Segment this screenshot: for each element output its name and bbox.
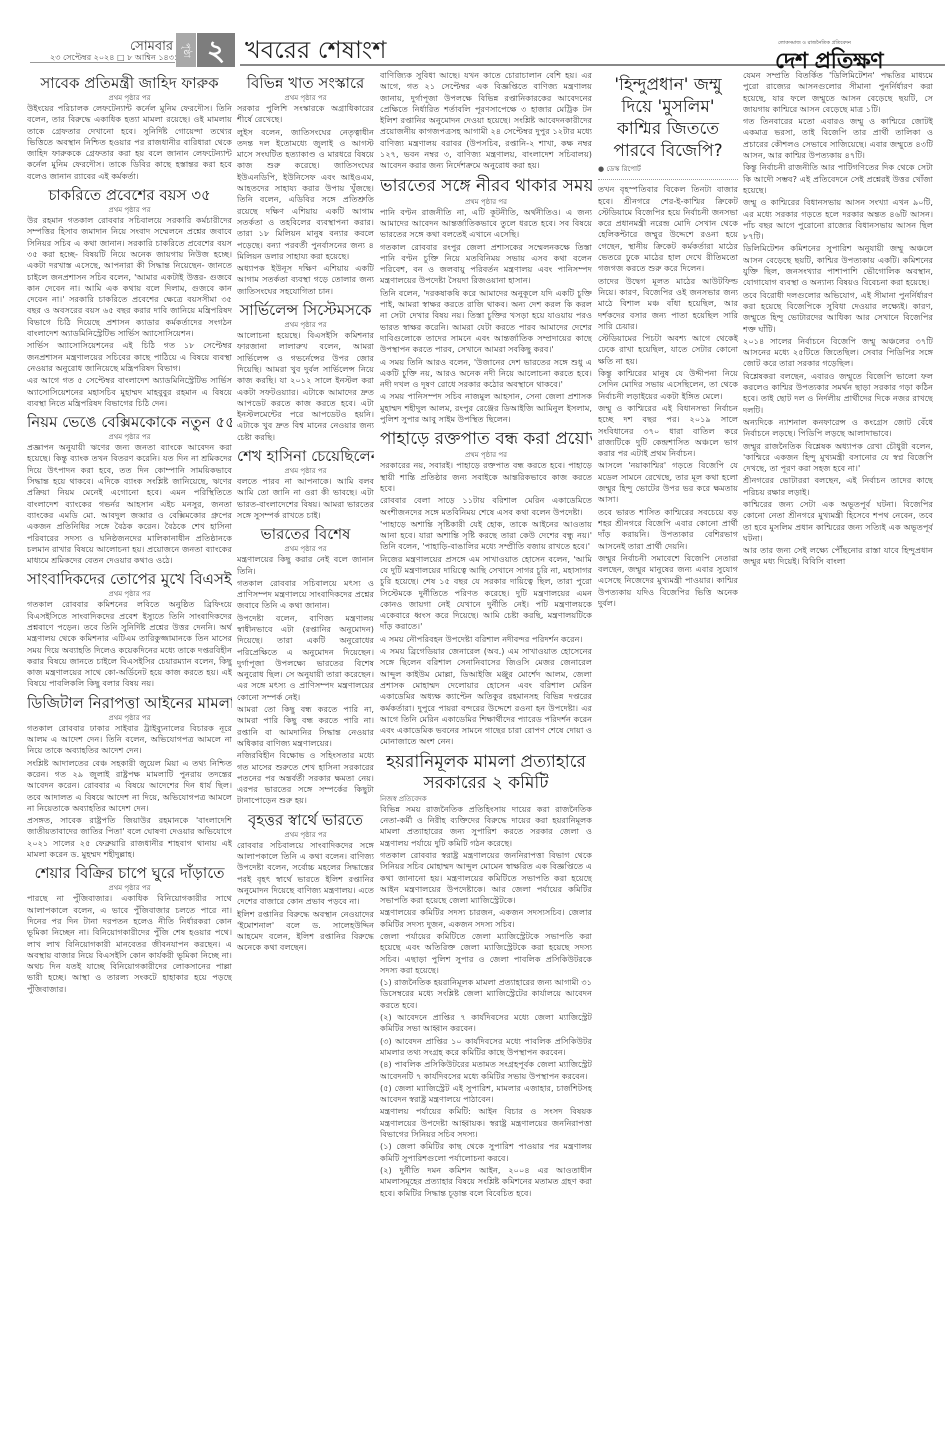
- article-paragraph: এ সময় নৌপরিবহন উপদেষ্টা বরিশাল নদীবন্দর…: [380, 634, 592, 645]
- continued-label: প্রথম পৃষ্ঠার পর: [237, 320, 374, 330]
- article-paragraph: আলোচনা হয়েছে। বিএসইসি কমিশনার ফারজানা ল…: [237, 330, 374, 443]
- article-paragraph: বিভিন্ন সময় রাজনৈতিক প্রতিহিংসায় দায়ে…: [380, 804, 592, 849]
- article-paragraph: প্রসঙ্গত, সাবেক রাষ্ট্রপতি জিয়াউর রহমান…: [27, 815, 232, 860]
- article-paragraph: উইংয়ের পরিচালক লেফটেন্যান্ট কর্নেল মুনি…: [27, 103, 232, 182]
- page-number: ২: [197, 33, 235, 67]
- article-paragraph: পানি বণ্টন রাজনীতি না, এটি কূটনীতি, অর্থ…: [380, 207, 592, 241]
- masthead: সোমবার ২৩ সেপ্টেম্বর ২০২৪ □ ৮ আশ্বিন ১৪৩…: [0, 0, 945, 60]
- article-jammu-kashmir-bjp: 'হিন্দুপ্রধান' জম্মু দিয়ে 'মুসলিম' কাশ্…: [598, 74, 738, 609]
- article-paragraph: ইলিশ রপ্তানির বিরুদ্ধে অবস্থান নেওয়াদের…: [237, 909, 374, 954]
- article-paragraph: নিজের মন্ত্রণালয়ের প্রসঙ্গে এম সাখাওয়া…: [380, 554, 592, 633]
- headline: ভারতের সঙ্গে নীরব থাকার সময় শেষ: [380, 176, 592, 197]
- article-hilsa-continued: বাণিজ্যিক সুবিধা আছে। যখন কাতে চোরাচালান…: [380, 70, 592, 172]
- continued-label: প্রথম পৃষ্ঠার পর: [27, 589, 232, 599]
- article-jahid-faruk: সাবেক প্রতিমন্ত্রী জাহিদ ফারুক প্রথম পৃষ…: [27, 74, 232, 182]
- headline: চাকরিতে প্রবেশের বয়স ৩৫: [27, 186, 232, 205]
- article-share-market: শেয়ার বিক্রির চাপে ঘুরে দাঁড়াতে প্রথম …: [27, 864, 232, 995]
- article-paragraph: জম্মু ও কাশ্মিরের এই বিধানসভা নির্বাচন হ…: [598, 403, 738, 459]
- article-paragraph: জম্মুর নির্বাচনী সমাবেশে বিজেপি নেতারা ব…: [598, 553, 738, 609]
- article-paragraph: (৪) পাবলিক প্রসিকিউটরের মতামত সংগ্রহপূর্…: [380, 1059, 592, 1082]
- article-paragraph: মন্ত্রণালয় পর্যায়ের কমিটি: আইন বিচার ও…: [380, 1106, 592, 1140]
- article-paragraph: রোববার বেলা সাড়ে ১১টায় বরিশাল মেরিন এক…: [380, 495, 592, 518]
- continued-label: প্রথম পৃষ্ঠার পর: [380, 197, 592, 207]
- continued-label: প্রথম পৃষ্ঠার পর: [27, 713, 232, 723]
- article-paragraph: (২) আবেদনে প্রাপ্তির ৭ কার্যদিবসের মধ্যে…: [380, 1012, 592, 1035]
- article-paragraph: কাশ্মিরের জন্য সেটা এক অভূতপূর্ব ঘটনা। ব…: [743, 499, 933, 544]
- headline: হয়রানিমূলক মামলা প্রত্যাহারে সরকারের ২ …: [380, 752, 592, 794]
- article-paragraph: আর তার জন্য সেই লক্ষ্যে পৌঁছনোর রাস্তা য…: [743, 545, 933, 568]
- article-paragraph: স্টেডিয়ামের পিচটা অবশ্য আগে থেকেই ঢেকে …: [598, 333, 738, 367]
- article-paragraph: মন্ত্রণালয়ের কিছু করার নেই বলে জানান তি…: [237, 554, 374, 577]
- continued-label: প্রথম পৃষ্ঠার পর: [237, 544, 374, 554]
- article-paragraph: (২) দুর্নীতি দমন কমিশন আইন, ২০০৪ এর আওতা…: [380, 1165, 592, 1199]
- article-paragraph: কিন্তু নির্বাচনী রাজনীতি আর পাটিগণিতের দ…: [743, 162, 933, 196]
- article-paragraph: (৩) আবেদন প্রাপ্তির ১০ কার্যদিবসের মধ্যে…: [380, 1036, 592, 1059]
- column-5: যেমন সম্প্রতি বিতর্কিত 'ডিলিমিটেশন' পদ্ধ…: [743, 70, 933, 1445]
- headline: সাবেক প্রতিমন্ত্রী জাহিদ ফারুক: [27, 74, 232, 93]
- article-india-special: ভারতের বিশেষ প্রথম পৃষ্ঠার পর মন্ত্রণালয…: [237, 525, 374, 807]
- headline: ভারতের বিশেষ: [237, 525, 374, 544]
- article-paragraph: গতকাল রোববার কমিশনের লবিতে অনুষ্ঠিত ব্রি…: [27, 599, 232, 689]
- article-surveillance-system: সার্ভিলেন্স সিস্টেমসকে প্রথম পৃষ্ঠার পর …: [237, 301, 374, 443]
- article-sector-reform: বিভিন্ন খাত সংস্কারে প্রথম পৃষ্ঠার পর সর…: [237, 74, 374, 297]
- article-paragraph: আমরা তো কিছু বন্ধ করতে পারি না, আমরা পার…: [237, 704, 374, 749]
- page-label: পৃষ্ঠা: [176, 33, 196, 67]
- article-paragraph: সংশ্লিষ্ট আদালতের বেঞ্চ সহকারী জুয়েল মি…: [27, 758, 232, 814]
- article-paragraph: উপদেষ্টা বলেন, বাণিজ্য মন্ত্রণালয় স্বাধ…: [237, 613, 374, 703]
- article-paragraph: গতকাল রোববার ঢাকার সাইবার ট্রাইব্যুনালের…: [27, 723, 232, 757]
- article-paragraph: 'পাহাড়ে অশান্তি সৃষ্টিকারী যেই হোক, তাক…: [380, 519, 592, 553]
- column-3: বাণিজ্যিক সুবিধা আছে। যখন কাতে চোরাচালান…: [380, 70, 592, 1445]
- article-paragraph: বাণিজ্যিক সুবিধা আছে। যখন কাতে চোরাচালান…: [380, 70, 592, 172]
- continued-label: প্রথম পৃষ্ঠার পর: [27, 93, 232, 103]
- masthead-rule: [30, 62, 175, 63]
- byline-text: ডেস্ক রিপোর্ট: [606, 165, 641, 173]
- article-hilsa-export: বৃহত্তর স্বার্থে ভারতে প্রথম পৃষ্ঠার পর …: [237, 811, 374, 954]
- article-paragraph: (১) রাজনৈতিক হয়রানিমূলক মামলা প্রত্যাহা…: [380, 977, 592, 1011]
- article-paragraph: ডিলিমিটেশন কমিশনের সুপারিশ অনুযায়ী জম্ম…: [743, 243, 933, 288]
- article-paragraph: নজিরবিহীন বিক্ষোভ ও সহিংসতার মধ্যে গত মা…: [237, 750, 374, 806]
- continued-label: প্রথম পৃষ্ঠার পর: [27, 205, 232, 215]
- article-paragraph: গতকাল রোববার রংপুর জেলা প্রশাসকের সম্মেল…: [380, 242, 592, 287]
- article-paragraph: আসলে 'নয়াকাশ্মির' গড়তে বিজেপি যে মডেল …: [598, 460, 738, 505]
- article-paragraph: বলতে পারব না আপনাকে। আমি বলব আমি তো জানি…: [237, 476, 374, 521]
- issue-date: ২৩ সেপ্টেম্বর ২০২৪ □ ৮ আশ্বিন ১৪৩১: [50, 52, 179, 65]
- article-india-silence-over: ভারতের সঙ্গে নীরব থাকার সময় শেষ প্রথম প…: [380, 176, 592, 426]
- article-digital-security-act: ডিজিটাল নিরাপত্তা আইনের মামলায় প্রথম পৃ…: [27, 694, 232, 861]
- column-1: সাবেক প্রতিমন্ত্রী জাহিদ ফারুক প্রথম পৃষ…: [27, 70, 232, 1445]
- article-paragraph: (৫) জেলা ম্যাজিস্ট্রেট এই সুপারিশ, মামলা…: [380, 1083, 592, 1106]
- article-paragraph: লুইস বলেন, জাতিসংঘের নেতৃত্বাধীন তদন্ত দ…: [237, 127, 374, 263]
- article-paragraph: সরকার পুলিশি সংস্কারকে অগ্রাধিকারের শীর্…: [237, 103, 374, 126]
- continued-label: প্রথম পৃষ্ঠার পর: [27, 883, 232, 893]
- article-paragraph: যেমন সম্প্রতি বিতর্কিত 'ডিলিমিটেশন' পদ্ধ…: [743, 70, 933, 115]
- continued-label: প্রথম পৃষ্ঠার পর: [237, 830, 374, 840]
- article-job-age-35: চাকরিতে প্রবেশের বয়স ৩৫ প্রথম পৃষ্ঠার প…: [27, 186, 232, 409]
- article-paragraph: গতকাল রোববার স্বরাষ্ট্র মন্ত্রণালয়ের জন…: [380, 850, 592, 906]
- article-paragraph: অন্যদিকে ন্যাশনাল কনফারেন্স ও কংগ্রেস জো…: [743, 417, 933, 440]
- headline: নিয়ম ভেঙে বেক্সিমকোকে নতুন ৫৫: [27, 413, 232, 432]
- article-paragraph: পারছে না পুঁজিবাজার। একাধিক বিনিয়োগকারী…: [27, 893, 232, 995]
- article-paragraph: মন্ত্রণালয়ের কমিটির সদস্য চারজন, একজন স…: [380, 907, 592, 930]
- article-paragraph: তাদের উদ্বেগ মূলত মাঠের আউটফিল্ড নিয়ে। …: [598, 276, 738, 332]
- headline: বৃহত্তর স্বার্থে ভারতে: [237, 811, 374, 830]
- headline: বিভিন্ন খাত সংস্কারে: [237, 74, 374, 93]
- article-paragraph: উর রহমান গতকাল রোববার সচিবালয়ে সরকারি ক…: [27, 215, 232, 339]
- headline: ডিজিটাল নিরাপত্তা আইনের মামলায়: [27, 694, 232, 713]
- continued-label: প্রথম পৃষ্ঠার পর: [237, 93, 374, 103]
- article-hill-bloodshed: পাহাড়ে রক্তপাত বন্ধ করা প্রয়োজন প্রথম …: [380, 429, 592, 747]
- article-paragraph: ২০১৪ সালের নির্বাচনে বিজেপি জম্মু অঞ্চলে…: [743, 336, 933, 370]
- article-paragraph: এ সময় পানিসম্পদ সচিব নাজমুল আহসান, সেনা…: [380, 391, 592, 425]
- article-paragraph: তিনি বলেন, 'দরকষাকষি করে আমাদের অনুকূলে …: [380, 288, 592, 356]
- article-harassment-cases: হয়রানিমূলক মামলা প্রত্যাহারে সরকারের ২ …: [380, 752, 592, 1199]
- headline: 'হিন্দুপ্রধান' জম্মু দিয়ে 'মুসলিম' কাশ্…: [598, 74, 738, 162]
- article-paragraph: সরকারের নয়, সবারই। পাহাড়ে রক্তপাত বন্ধ…: [380, 460, 592, 494]
- article-paragraph: জম্মু ও কাশ্মিরের বিধানসভায় আসন সংখ্যা …: [743, 197, 933, 242]
- continued-label: প্রথম পৃষ্ঠার পর: [27, 432, 232, 442]
- headline: শেখ হাসিনা চেয়েছিলেন: [237, 447, 374, 466]
- article-paragraph: এ সময় ব্রিগেডিয়ার জেনারেল (অব.) এম সাখ…: [380, 646, 592, 748]
- continued-label: প্রথম পৃষ্ঠার পর: [380, 450, 592, 460]
- article-paragraph: বিশ্লেষকরা বলছেন, এবারও জম্মুতে বিজেপি ভ…: [743, 371, 933, 416]
- article-paragraph: (১) জেলা কমিটির কাছ থেকে সুপারিশ পাওয়ার…: [380, 1141, 592, 1164]
- article-paragraph: গতকাল রোববার সচিবালয়ে মৎস্য ও প্রাণিসম্…: [237, 578, 374, 612]
- section-title: খবরের শেষাংশ: [245, 32, 386, 72]
- article-paragraph: এ সময় তিনি আরও বলেন, 'উজানের দেশ ভারতের…: [380, 357, 592, 391]
- article-jammu-kashmir-continued: যেমন সম্প্রতি বিতর্কিত 'ডিলিমিটেশন' পদ্ধ…: [743, 70, 933, 568]
- headline: সার্ভিলেন্স সিস্টেমসকে: [237, 301, 374, 320]
- article-paragraph: রোববার সচিবালয়ে সাংবাদিকদের সঙ্গে আলাপক…: [237, 840, 374, 908]
- continued-label: প্রথম পৃষ্ঠার পর: [237, 466, 374, 476]
- article-paragraph: সার্ভিস অ্যাসোসিয়েশনের এই চিঠি গত ১৮ সে…: [27, 340, 232, 374]
- headline: সাংবাদিকদের তোপের মুখে বিএসইসি: [27, 570, 232, 589]
- article-paragraph: এর আগে গত ৫ সেপ্টেম্বর বাংলাদেশ অ্যাডমিন…: [27, 375, 232, 409]
- article-paragraph: তবে ভারত শাসিত কাশ্মিরের সবচেয়ে বড় শহর…: [598, 507, 738, 552]
- headline: পাহাড়ে রক্তপাত বন্ধ করা প্রয়োজন: [380, 429, 592, 450]
- article-paragraph: শ্রীনগরের ভোটাররা বলছেন, এই নির্বাচন তাদ…: [743, 475, 933, 498]
- article-paragraph: তখন বৃহস্পতিবার বিকেল তিনটা বাজার হবে। শ…: [598, 184, 738, 274]
- byline: ● ডেস্ক রিপোর্ট: [598, 164, 738, 180]
- article-beximco: নিয়ম ভেঙে বেক্সিমকোকে নতুন ৫৫ প্রথম পৃষ…: [27, 413, 232, 566]
- article-paragraph: তবে বিরোধী দলগুলোর অভিযোগ, এই সীমানা পুন…: [743, 290, 933, 335]
- article-paragraph: অধ্যাপক ইউনূস দক্ষিণ এশিয়ায় একটি আগাম …: [237, 263, 374, 297]
- column-4: 'হিন্দুপ্রধান' জম্মু দিয়ে 'মুসলিম' কাশ্…: [598, 70, 738, 1445]
- byline: নিজস্ব প্রতিবেদক: [380, 794, 592, 804]
- article-paragraph: প্রজ্ঞাপন অনুযায়ী ঋণের জন্য জনতা ব্যাংক…: [27, 442, 232, 566]
- article-paragraph: কিন্তু কাশ্মিরের মানুষ যে উদ্দীপনা নিয়ে…: [598, 368, 738, 402]
- article-paragraph: জেলা পর্যায়ের কমিটিতে জেলা ম্যাজিস্ট্রে…: [380, 931, 592, 976]
- headline: শেয়ার বিক্রির চাপে ঘুরে দাঁড়াতে: [27, 864, 232, 883]
- article-bsec-journalists: সাংবাদিকদের তোপের মুখে বিএসইসি প্রথম পৃষ…: [27, 570, 232, 689]
- article-paragraph: গত তিনবারের মতো এবারও জম্মু ও কাশ্মিরে জ…: [743, 116, 933, 161]
- article-sheikh-hasina: শেখ হাসিনা চেয়েছিলেন প্রথম পৃষ্ঠার পর ব…: [237, 447, 374, 521]
- article-paragraph: জম্মুর রাজনৈতিক বিশ্লেষক অধ্যাপক রেখা চৌ…: [743, 441, 933, 475]
- column-2: বিভিন্ন খাত সংস্কারে প্রথম পৃষ্ঠার পর সর…: [237, 70, 374, 1445]
